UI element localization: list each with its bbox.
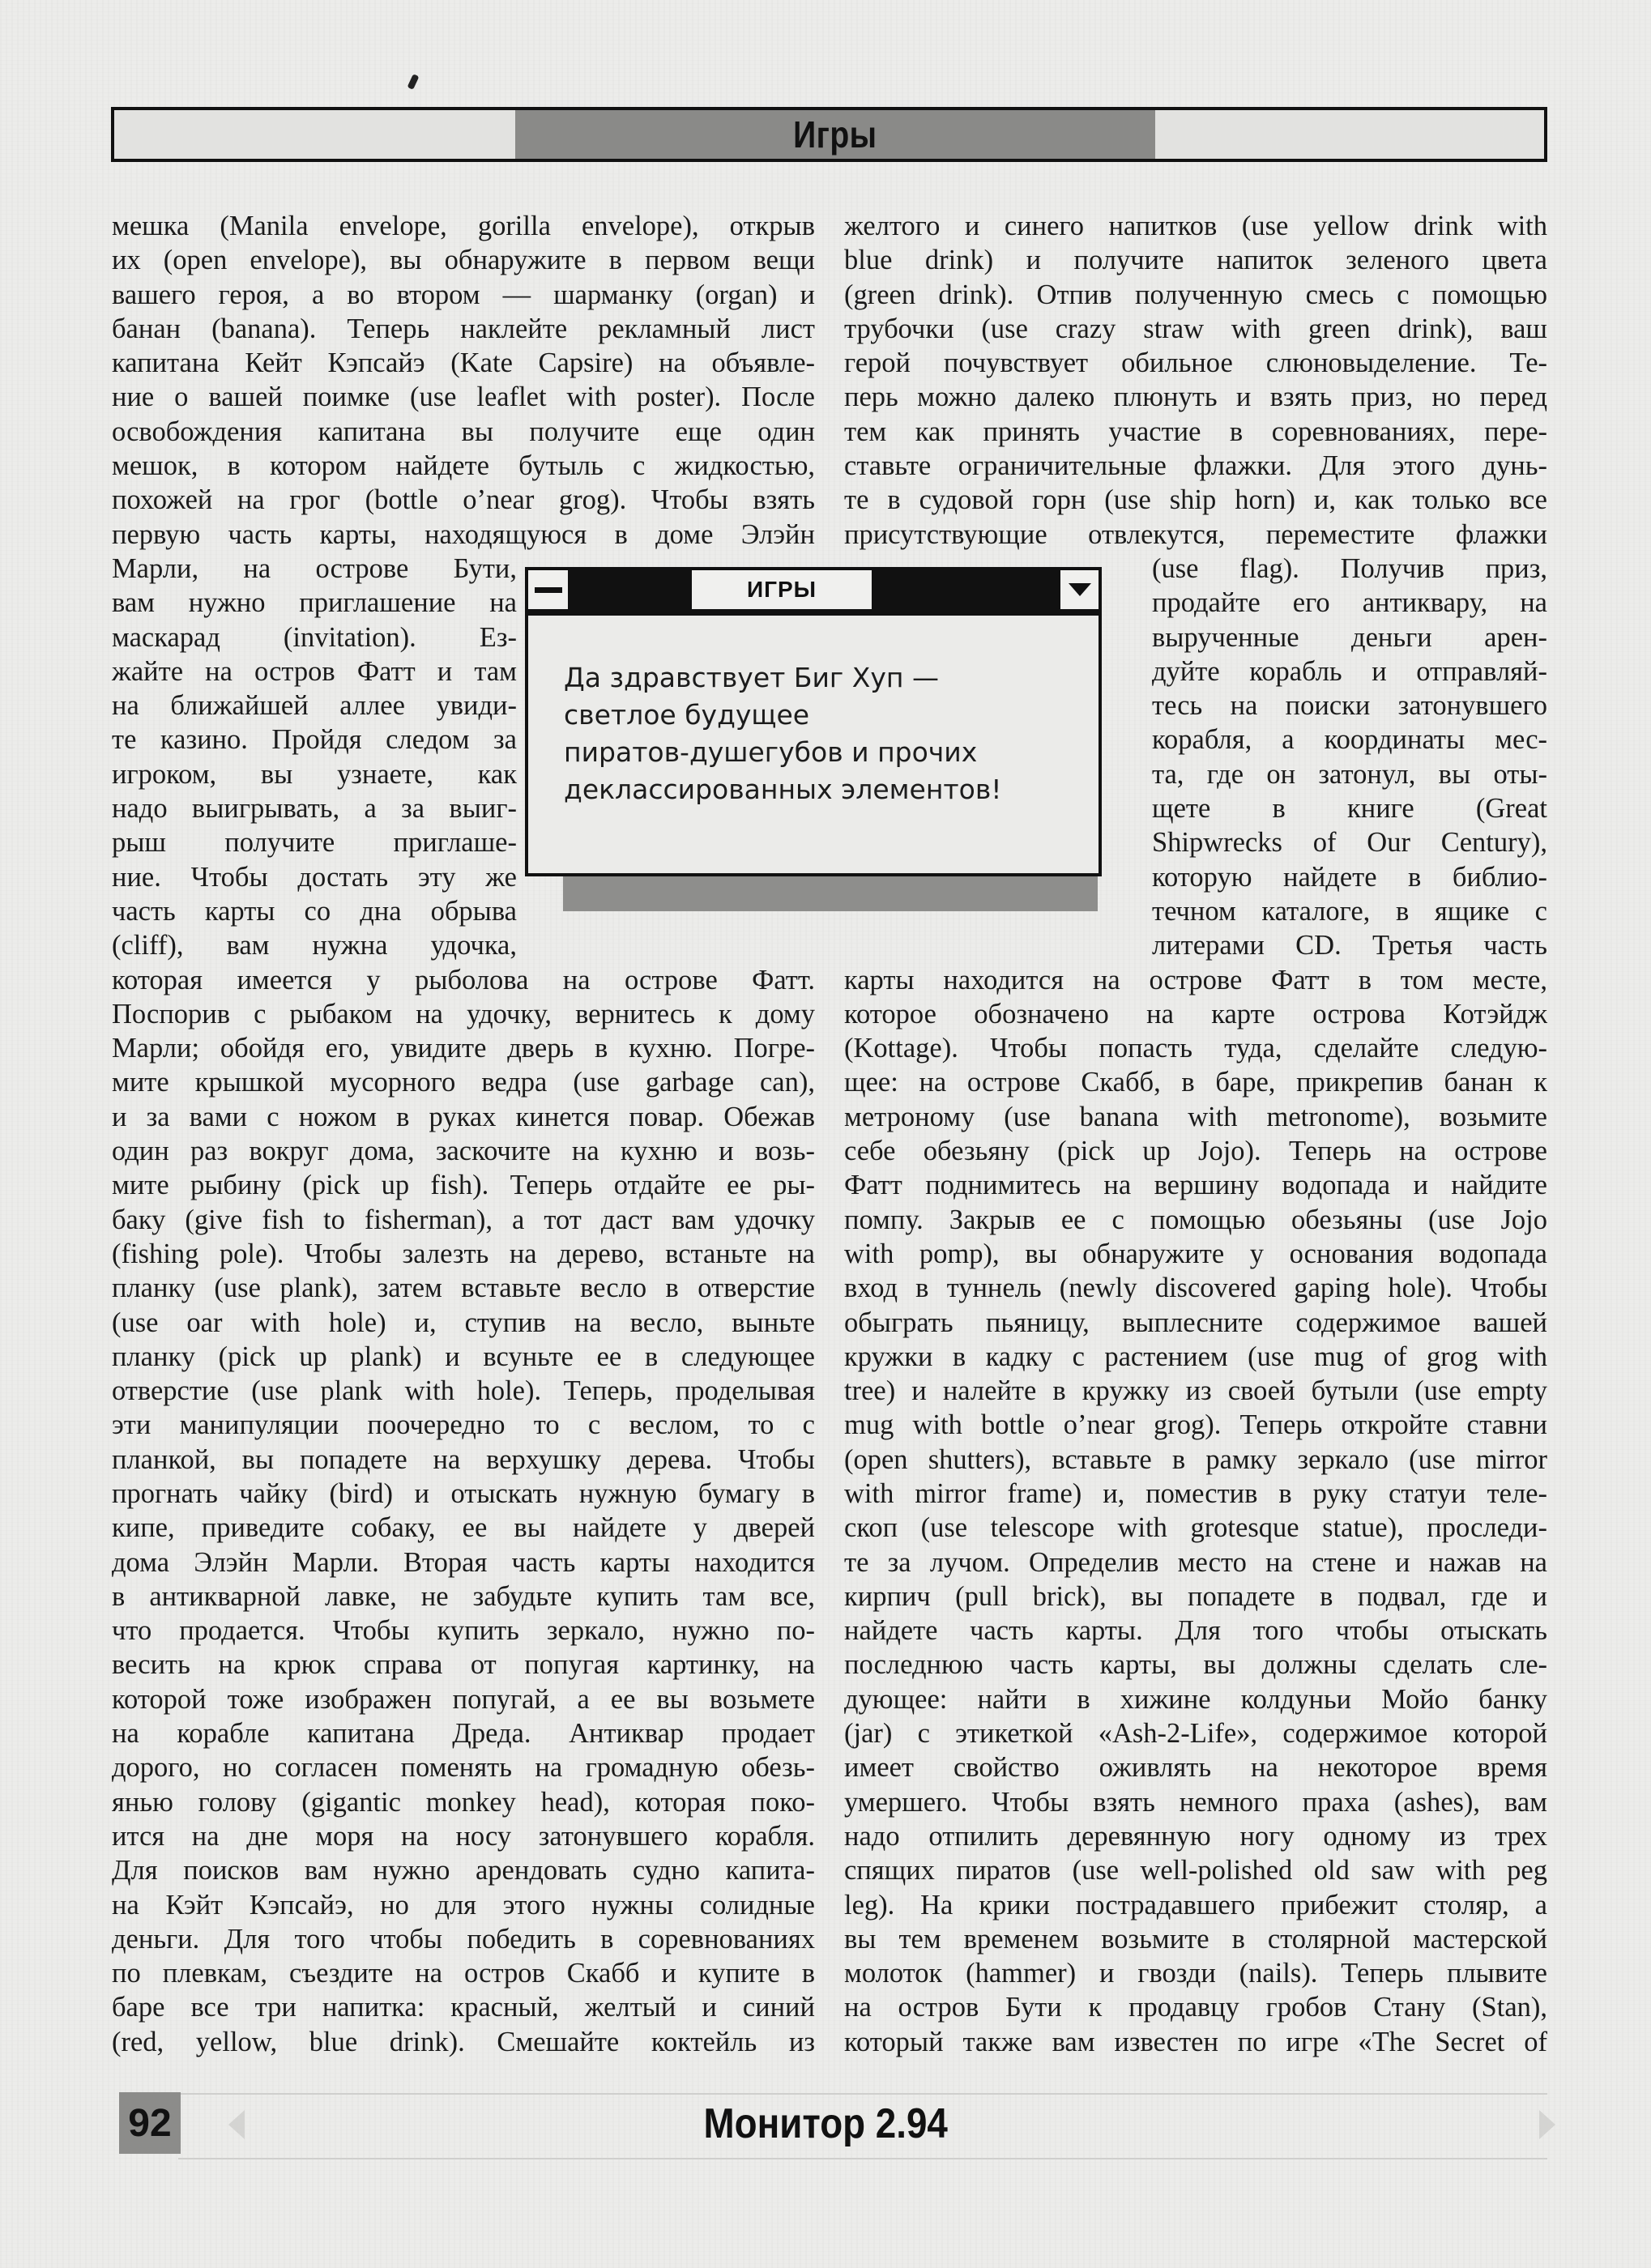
text-line: на ближайшей аллее увиди- bbox=[112, 688, 517, 723]
text-line: помпу. Закрыв ее с помощью обезьяны (use… bbox=[844, 1203, 1547, 1237]
quote-dialog-window: ИГРЫ Да здравствует Биг Хуп — светлое бу… bbox=[525, 567, 1102, 876]
text-line: тесь на поиски затонувшего bbox=[1152, 688, 1547, 723]
text-line: на корабле капитана Дреда. Антиквар прод… bbox=[112, 1716, 815, 1750]
magazine-issue: Монитор 2.94 bbox=[0, 2100, 1651, 2148]
text-line: Марли, на острове Бути, bbox=[112, 552, 517, 586]
text-line: ние. Чтобы достать эту же bbox=[112, 860, 517, 894]
text-line: имеет свойство оживлять на некоторое вре… bbox=[844, 1750, 1547, 1784]
footer-rule bbox=[178, 2158, 1547, 2159]
text-line: весить на крюк справа от попугая картинк… bbox=[112, 1648, 815, 1682]
section-header-band: Игры bbox=[515, 110, 1155, 159]
text-line: планкой, вы попадете на верхушку дерева.… bbox=[112, 1443, 815, 1477]
text-line: карты находится на острове Фатт в том ме… bbox=[844, 963, 1547, 997]
text-line: баре все три напитка: красный, желтый и … bbox=[112, 1990, 815, 2024]
text-line: маскарад (invitation). Ез- bbox=[112, 620, 517, 654]
text-line: Shipwrecks of Our Century), bbox=[1152, 825, 1547, 859]
text-line: и за вами с ножом в руках кинется повар.… bbox=[112, 1100, 815, 1134]
dialog-quote: Да здравствует Биг Хуп — светлое будущее… bbox=[564, 659, 1074, 808]
text-line: кипе, приведите собаку, ее вы найдете у … bbox=[112, 1511, 815, 1545]
text-line: кирпич (pull brick), вы попадете в подва… bbox=[844, 1579, 1547, 1614]
text-line: обыграть пьяницу, выплесните содержимое … bbox=[844, 1306, 1547, 1340]
text-line: молоток (hammer) и гвозди (nails). Тепер… bbox=[844, 1956, 1547, 1990]
text-line: литерами CD. Третья часть bbox=[1152, 928, 1547, 962]
text-line: корабля, а координаты мес- bbox=[1152, 723, 1547, 757]
text-line: (use oar with hole) и, ступив на весло, … bbox=[112, 1306, 815, 1340]
text-line: умершего. Чтобы взять немного праха (ash… bbox=[844, 1785, 1547, 1819]
text-line: with pomp), вы обнаружите у основания во… bbox=[844, 1237, 1547, 1271]
text-line: трубочки (use crazy straw with green dri… bbox=[844, 312, 1547, 346]
text-line: отверстие (use plank with hole). Теперь,… bbox=[112, 1374, 815, 1408]
down-triangle-icon bbox=[1069, 583, 1091, 596]
text-line: которое обозначено на карте острова Котэ… bbox=[844, 997, 1547, 1031]
right-column-top: желтого и синего напитков (use yellow dr… bbox=[844, 209, 1547, 552]
text-line: часть карты со дна обрыва bbox=[112, 894, 517, 928]
text-line: дорого, но согласен поменять на громадну… bbox=[112, 1750, 815, 1784]
text-line: (green drink). Отпив полученную смесь с … bbox=[844, 278, 1547, 312]
text-line: баку (give fish to fisherman), а тот дас… bbox=[112, 1203, 815, 1237]
text-line: те казино. Пройдя следом за bbox=[112, 723, 517, 757]
text-line: мешок, в котором найдете бутыль с жидкос… bbox=[112, 449, 815, 483]
text-line: мите рыбину (pick up fish). Теперь отдай… bbox=[112, 1168, 815, 1202]
quote-line: светлое будущее bbox=[564, 697, 1074, 734]
quote-line: пиратов-душегубов и прочих bbox=[564, 734, 1074, 771]
text-line: метроному (use banana with metronome), в… bbox=[844, 1100, 1547, 1134]
text-line: игроком, вы узнаете, как bbox=[112, 757, 517, 791]
text-line: что продается. Чтобы купить зеркало, нуж… bbox=[112, 1614, 815, 1648]
text-line: рыш получите приглаше- bbox=[112, 825, 517, 859]
text-line: дуйте корабль и отправляй- bbox=[1152, 654, 1547, 688]
text-line: их (open envelope), вы обнаружите в перв… bbox=[112, 243, 815, 277]
text-line: банан (banana). Теперь наклейте рекламны… bbox=[112, 312, 815, 346]
text-line: ится на дне моря на носу затонувшего кор… bbox=[112, 1819, 815, 1853]
text-line: янью голову (gigantic monkey head), кото… bbox=[112, 1785, 815, 1819]
right-column-bottom: карты находится на острове Фатт в том ме… bbox=[844, 963, 1547, 2060]
left-column-bottom: которая имеется у рыболова на острове Фа… bbox=[112, 963, 815, 2060]
text-line: капитана Кейт Кэпсайэ (Kate Capsire) на … bbox=[112, 346, 815, 380]
text-line: спящих пиратов (use well-polished old sa… bbox=[844, 1853, 1547, 1887]
text-line: (use flag). Получив приз, bbox=[1152, 552, 1547, 586]
text-line: похожей на грог (bottle o’near grog). Чт… bbox=[112, 483, 815, 517]
text-line: Для поисков вам нужно арендовать судно к… bbox=[112, 1853, 815, 1887]
text-line: leg). На крики пострадавшего прибежит ст… bbox=[844, 1888, 1547, 1922]
text-line: (Kottage). Чтобы попасть туда, сделайте … bbox=[844, 1031, 1547, 1065]
text-line: прогнать чайку (bird) и отыскать нужную … bbox=[112, 1477, 815, 1511]
minus-icon bbox=[535, 587, 562, 593]
text-line: кружки в кадку с растением (use mug of g… bbox=[844, 1340, 1547, 1374]
text-line: перь можно далеко плюнуть и взять приз, … bbox=[844, 380, 1547, 414]
text-line: (fishing pole). Чтобы залезть на дерево,… bbox=[112, 1237, 815, 1271]
text-line: щете в книге (Great bbox=[1152, 791, 1547, 825]
text-line: mug with bottle o’near grog). Теперь отк… bbox=[844, 1408, 1547, 1442]
text-line: вам нужно приглашение на bbox=[112, 586, 517, 620]
text-line: вход в туннель (newly discovered gaping … bbox=[844, 1271, 1547, 1305]
text-line: дома Элэйн Марли. Вторая часть карты нах… bbox=[112, 1545, 815, 1579]
text-line: вырученные деньги арен- bbox=[1152, 620, 1547, 654]
text-line: blue drink) и получите напиток зеленого … bbox=[844, 243, 1547, 277]
text-line: планку (pick up plank) и всуньте ее в сл… bbox=[112, 1340, 815, 1374]
dialog-title: ИГРЫ bbox=[692, 570, 872, 609]
text-line: Марли; обойдя его, увидите дверь в кухню… bbox=[112, 1031, 815, 1065]
text-line: скоп (use telescope with grotesque statu… bbox=[844, 1511, 1547, 1545]
text-line: та, где он затонул, вы оты- bbox=[1152, 757, 1547, 791]
text-line: дующее: найти в хижине колдуньи Мойо бан… bbox=[844, 1682, 1547, 1716]
text-line: на Кэйт Кэпсайэ, но для этого нужны соли… bbox=[112, 1888, 815, 1922]
dialog-titlebar: ИГРЫ bbox=[528, 570, 1099, 616]
text-line: вашего героя, а во втором — шарманку (or… bbox=[112, 278, 815, 312]
right-column: желтого и синего напитков (use yellow dr… bbox=[844, 209, 1547, 2059]
text-line: вы тем временем возьмите в столярной мас… bbox=[844, 1922, 1547, 1956]
section-title: Игры bbox=[793, 113, 877, 156]
text-line: tree) и налейте в кружку из своей бутыли… bbox=[844, 1374, 1547, 1408]
text-line: себе обезьяну (pick up Jojo). Теперь на … bbox=[844, 1134, 1547, 1168]
text-line: освобождения капитана вы получите еще од… bbox=[112, 415, 815, 449]
section-header: Игры bbox=[111, 107, 1547, 162]
ink-mark bbox=[407, 74, 420, 90]
text-line: течном каталоге, в ящике с bbox=[1152, 894, 1547, 928]
text-line: найдете часть карты. Для того чтобы отыс… bbox=[844, 1614, 1547, 1648]
text-line: эти манипуляции поочередно то с веслом, … bbox=[112, 1408, 815, 1442]
text-line: один раз вокруг дома, заскочите на кухню… bbox=[112, 1134, 815, 1168]
text-line: with mirror frame) и, поместив в руку ст… bbox=[844, 1477, 1547, 1511]
text-line: деньги. Для того чтобы победить в соревн… bbox=[112, 1922, 815, 1956]
text-line: в антикварной лавке, не забудьте купить … bbox=[112, 1579, 815, 1614]
magazine-issue-label: Монитор 2.94 bbox=[703, 2100, 947, 2148]
text-line: последнюю часть карты, вы должны сделать… bbox=[844, 1648, 1547, 1682]
text-line: (open shutters), вставьте в рамку зеркал… bbox=[844, 1443, 1547, 1477]
left-column-wrap: Марли, на острове Бути, вам нужно пригла… bbox=[112, 552, 517, 963]
text-line: надо выигрывать, а за выиг- bbox=[112, 791, 517, 825]
minimize-button[interactable] bbox=[528, 570, 570, 609]
text-line: который также вам известен по игре «The … bbox=[844, 2025, 1547, 2059]
text-line: тем как принять участие в соревнованиях,… bbox=[844, 415, 1547, 449]
text-line: желтого и синего напитков (use yellow dr… bbox=[844, 209, 1547, 243]
text-line: (cliff), вам нужна удочка, bbox=[112, 928, 517, 962]
quote-line: Да здравствует Биг Хуп — bbox=[564, 659, 1074, 697]
footer-rule bbox=[178, 2093, 1547, 2095]
text-line: жайте на остров Фатт и там bbox=[112, 654, 517, 688]
text-line: те за лучом. Определив место на стене и … bbox=[844, 1545, 1547, 1579]
text-line: которую найдете в библио- bbox=[1152, 860, 1547, 894]
right-column-wrap: (use flag). Получив приз, продайте его а… bbox=[1152, 552, 1547, 963]
left-column-top: мешка (Manila envelope, gorilla envelope… bbox=[112, 209, 815, 552]
left-column: мешка (Manila envelope, gorilla envelope… bbox=[112, 209, 815, 2059]
text-line: продайте его антиквару, на bbox=[1152, 586, 1547, 620]
text-line: те в судовой горн (use ship horn) и, как… bbox=[844, 483, 1547, 517]
text-line: надо отпилить деревянную ногу одному из … bbox=[844, 1819, 1547, 1853]
text-line: которой тоже изображен попугай, а ее вы … bbox=[112, 1682, 815, 1716]
text-line: которая имеется у рыболова на острове Фа… bbox=[112, 963, 815, 997]
text-line: первую часть карты, находящуюся в доме Э… bbox=[112, 518, 815, 552]
text-line: ние о вашей поимке (use leaflet with pos… bbox=[112, 380, 815, 414]
text-line: Фатт поднимитесь на вершину водопада и н… bbox=[844, 1168, 1547, 1202]
text-line: присутствующие отвлекутся, переместите ф… bbox=[844, 518, 1547, 552]
text-line: ставьте ограничительные флажки. Для этог… bbox=[844, 449, 1547, 483]
text-line: щее: на острове Скабб, в баре, прикрепив… bbox=[844, 1065, 1547, 1099]
text-line: мешка (Manila envelope, gorilla envelope… bbox=[112, 209, 815, 243]
text-line: герой почувствует обильное слюновыделени… bbox=[844, 346, 1547, 380]
text-line: (red, yellow, blue drink). Смешайте кокт… bbox=[112, 2025, 815, 2059]
text-line: (jar) с этикеткой «Ash-2-Life», содержим… bbox=[844, 1716, 1547, 1750]
text-line: по плевкам, съездите на остров Скабб и к… bbox=[112, 1956, 815, 1990]
text-line: на остров Бути к продавцу гробов Стану (… bbox=[844, 1990, 1547, 2024]
text-line: мите крышкой мусорного ведра (use garbag… bbox=[112, 1065, 815, 1099]
menu-button[interactable] bbox=[1058, 570, 1099, 609]
text-line: Поспорив с рыбаком на удочку, вернитесь … bbox=[112, 997, 815, 1031]
text-line: планку (use plank), затем вставьте весло… bbox=[112, 1271, 815, 1305]
quote-line: деклассированных элементов! bbox=[564, 771, 1074, 808]
